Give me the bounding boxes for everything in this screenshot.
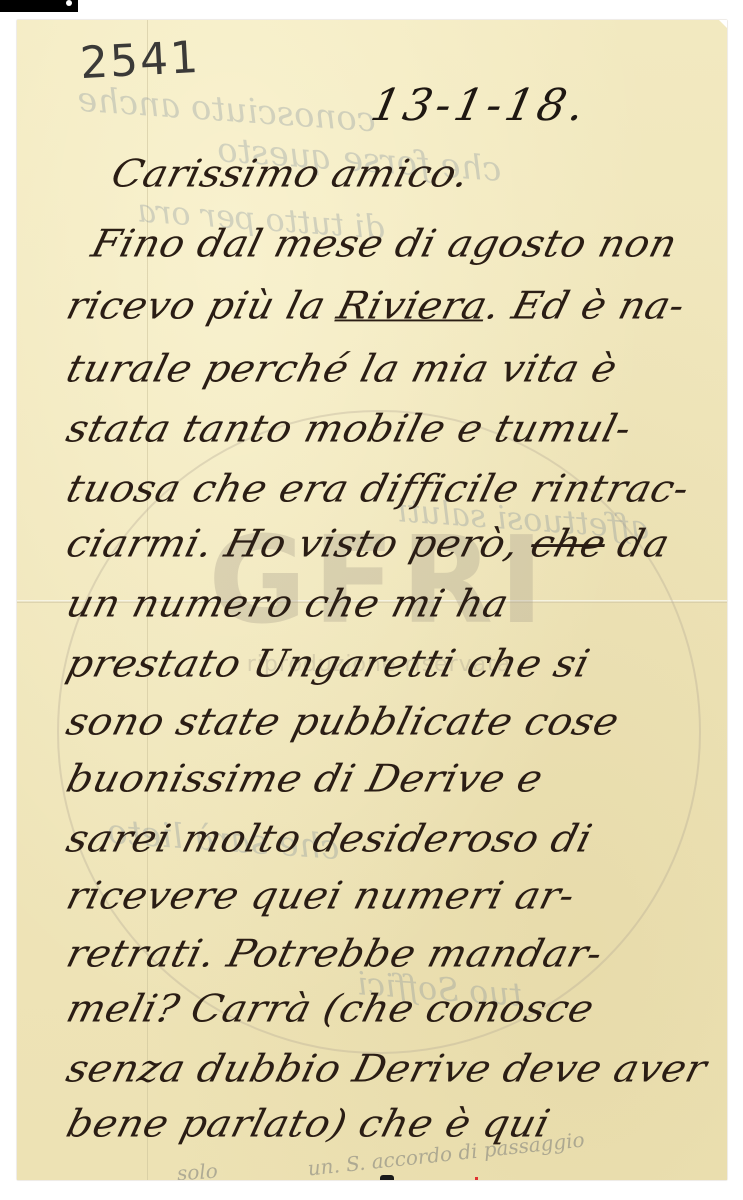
letter-date: 13-1-18. xyxy=(367,80,594,131)
letter-line: Fino dal mese di agosto non xyxy=(87,222,682,266)
letter-page: GFRI riproduzione riservata conosciuto a… xyxy=(17,20,727,1180)
letter-line: un numero che mi ha xyxy=(62,582,513,626)
letter-line: ciarmi. Ho visto però, che da xyxy=(62,522,674,566)
salutation: Carissimo amico. xyxy=(107,152,474,196)
letter-line: sono state pubblicate cose xyxy=(62,700,624,744)
letter-line: turale perché la mia vita è xyxy=(62,347,622,391)
letter-line: sarei molto desideroso di xyxy=(62,817,597,861)
underlined-title: Riviera xyxy=(333,284,492,328)
struck-word: che xyxy=(526,522,610,566)
letter-line: senza dubbio Derive deve aver xyxy=(62,1047,711,1091)
folded-corner xyxy=(719,20,727,28)
letter-line: retrati. Potrebbe mandar- xyxy=(62,932,607,976)
letter-line: ricevo più la Riviera. Ed è na- xyxy=(62,284,689,328)
red-speck xyxy=(475,1177,478,1180)
letter-line: stata tanto mobile e tumul- xyxy=(62,407,636,451)
letter-line: ricevere quei numeri ar- xyxy=(62,874,579,918)
scan-artifact xyxy=(0,0,78,12)
letter-line: prestato Ungaretti che si xyxy=(62,642,594,686)
archive-number: 2541 xyxy=(79,32,201,89)
letter-line: meli? Carrà (che conosce xyxy=(62,987,599,1031)
pencil-annotation: solo xyxy=(176,1159,218,1180)
letter-line: tuosa che era difficile rintrac- xyxy=(62,467,694,511)
scan-clip-mark xyxy=(380,1175,394,1180)
letter-line: buonissime di Derive e xyxy=(62,757,547,801)
